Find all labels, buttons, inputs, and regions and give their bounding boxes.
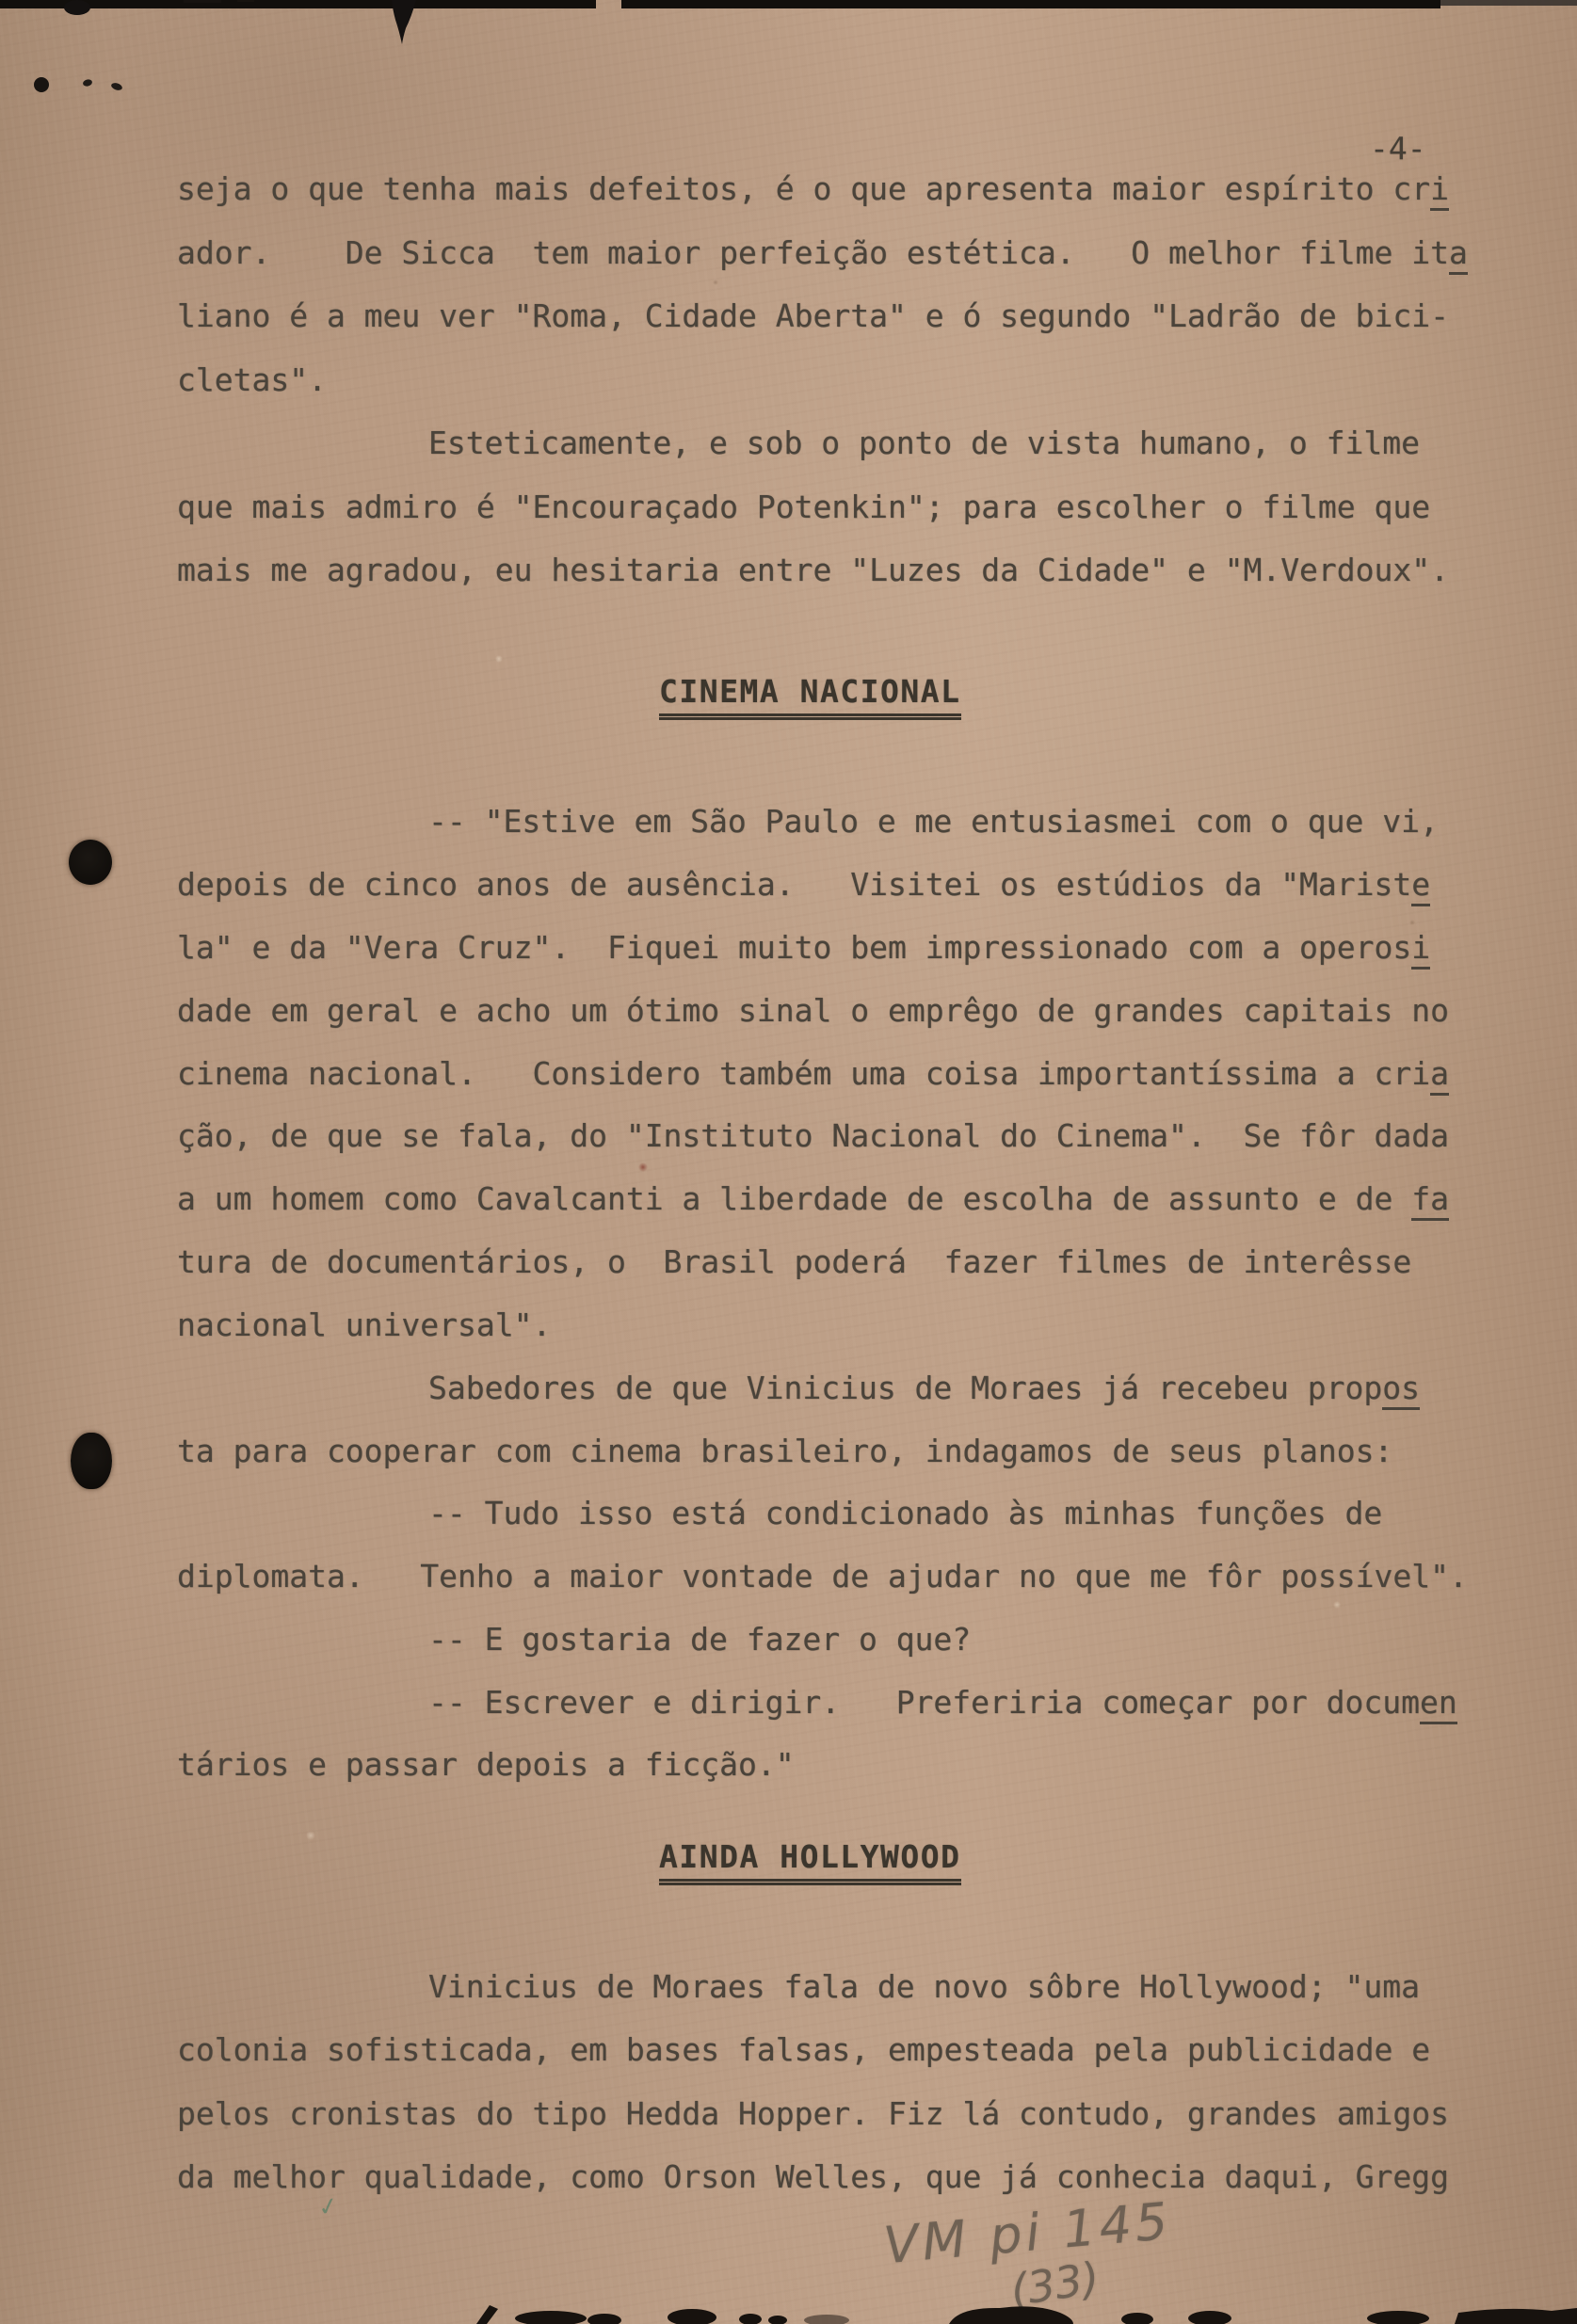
typed-line: -- E gostaria de fazer o que? — [428, 1620, 971, 1659]
hyphenation-underline: i — [1430, 170, 1449, 211]
hyphenation-underline: a — [1430, 1055, 1449, 1096]
typed-line: Esteticamente, e sob o ponto de vista hu… — [428, 424, 1420, 463]
typed-line: que mais admiro é "Encouraçado Potenkin"… — [177, 488, 1430, 527]
hyphenation-underline: e — [1411, 866, 1430, 906]
typed-line: depois de cinco anos de ausência. Visite… — [177, 865, 1430, 905]
typed-line: la" e da "Vera Cruz". Fiquei muito bem i… — [177, 928, 1430, 968]
typed-line: ção, de que se fala, do "Instituto Nacio… — [177, 1116, 1449, 1156]
typed-line: ta para cooperar com cinema brasileiro, … — [177, 1432, 1392, 1471]
hyphenation-underline: os — [1382, 1370, 1420, 1410]
handwritten-annotation: VM pi 145 (33) — [881, 2184, 1283, 2316]
hyphenation-underline: fa — [1411, 1180, 1449, 1221]
typed-line: cinema nacional. Considero também uma co… — [177, 1054, 1449, 1094]
punch-hole-top — [69, 840, 112, 885]
typed-line: tários e passar depois a ficção." — [177, 1745, 795, 1785]
typed-line: mais me agradou, eu hesitaria entre "Luz… — [177, 551, 1449, 590]
typed-line: -- Escrever e dirigir. Preferiria começa… — [428, 1683, 1457, 1723]
hyphenation-underline: i — [1411, 929, 1430, 970]
typed-line: liano é a meu ver "Roma, Cidade Aberta" … — [177, 297, 1449, 336]
typed-line: seja o que tenha mais defeitos, é o que … — [177, 169, 1449, 209]
typed-line: -- Tudo isso está condicionado às minhas… — [428, 1494, 1382, 1533]
section-heading-text: AINDA HOLLYWOOD — [659, 1837, 961, 1882]
hyphenation-underline: a — [1449, 234, 1468, 275]
typed-line: tura de documentários, o Brasil poderá f… — [177, 1242, 1411, 1282]
section-heading-text: CINEMA NACIONAL — [659, 672, 961, 716]
typed-line: a um homem como Cavalcanti a liberdade d… — [177, 1179, 1449, 1219]
typed-line: dade em geral e acho um ótimo sinal o em… — [177, 991, 1449, 1031]
typed-line: pelos cronistas do tipo Hedda Hopper. Fi… — [177, 2094, 1449, 2134]
page-number: -4- — [1370, 132, 1426, 166]
punch-hole-bottom — [71, 1433, 112, 1489]
section-heading: AINDA HOLLYWOOD — [659, 1837, 961, 1882]
bottom-edge-ink-smudge — [0, 2303, 1577, 2324]
hyphenation-underline: en — [1420, 1684, 1457, 1724]
typed-line: colonia sofisticada, em bases falsas, em… — [177, 2030, 1430, 2070]
typed-line: ador. De Sicca tem maior perfeição estét… — [177, 233, 1468, 273]
typed-line: cletas". — [177, 361, 327, 400]
typed-line: Vinicius de Moraes fala de novo sôbre Ho… — [428, 1967, 1420, 2007]
ink-speck-dots — [0, 0, 188, 113]
typed-line: -- "Estive em São Paulo e me entusiasmei… — [428, 802, 1439, 841]
top-edge-scan-artifact — [0, 0, 1577, 56]
section-heading: CINEMA NACIONAL — [659, 672, 961, 716]
typed-line: Sabedores de que Vinicius de Moraes já r… — [428, 1369, 1420, 1408]
scanned-document-page: -4- seja o que tenha mais defeitos, é o … — [0, 0, 1577, 2324]
typed-line: nacional universal". — [177, 1306, 551, 1345]
typed-line: diplomata. Tenho a maior vontade de ajud… — [177, 1557, 1468, 1596]
